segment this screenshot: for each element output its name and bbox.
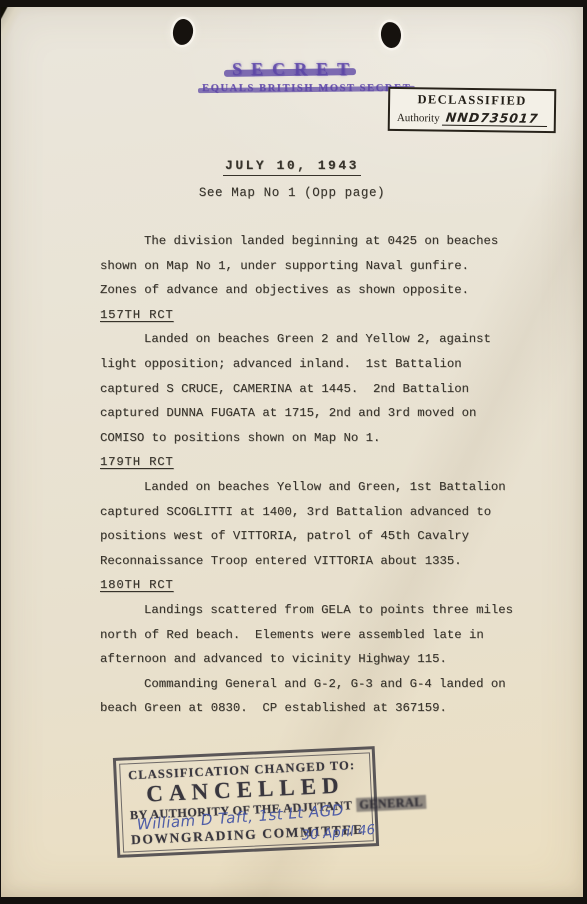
text-line: north of Red beach. Elements were assemb… [100, 623, 530, 648]
cancelled-stamp-inner-border: CLASSIFICATION CHANGED TO: CANCELLED BY … [119, 752, 374, 852]
text-line: positions west of VITTORIA, patrol of 45… [100, 524, 530, 549]
cancelled-stamp: CLASSIFICATION CHANGED TO: CANCELLED BY … [113, 746, 379, 858]
text-line: COMISO to positions shown on Map No 1. [100, 426, 530, 451]
text-line: Landings scattered from GELA to points t… [100, 598, 530, 623]
text-line: Landed on beaches Green 2 and Yellow 2, … [100, 327, 530, 352]
body-text: The division landed beginning at 0425 on… [100, 229, 530, 721]
declassified-authority-line: Authority NND735017 [397, 109, 554, 127]
text-line: Zones of advance and objectives as shown… [100, 278, 530, 303]
text-line: captured S CRUCE, CAMERINA at 1445. 2nd … [100, 377, 530, 402]
authority-number-handwriting: NND735017 [441, 110, 548, 127]
paper-corner-fold [1, 7, 25, 51]
secret-stamp-subtitle: EQUALS BRITISH MOST SECRET [202, 83, 411, 94]
page-title: JULY 10, 1943 [223, 158, 361, 176]
punch-hole-left [171, 18, 195, 47]
text-line: captured SCOGLITTI at 1400, 3rd Battalio… [100, 500, 530, 525]
text-line: shown on Map No 1, under supporting Nava… [100, 254, 530, 279]
secret-strike-line [224, 68, 356, 77]
text-line: afternoon and advanced to vicinity Highw… [100, 647, 530, 672]
secret-stamp-word: SECRET [232, 59, 358, 80]
text-line: The division landed beginning at 0425 on… [100, 229, 530, 254]
punch-hole-right [380, 21, 403, 49]
authority-label: Authority [397, 112, 440, 125]
text-line: Landed on beaches Yellow and Green, 1st … [100, 475, 530, 500]
section-header: 157TH RCT [100, 303, 530, 328]
text-line: captured DUNNA FUGATA at 1715, 2nd and 3… [100, 401, 530, 426]
text-line: Commanding General and G-2, G-3 and G-4 … [100, 672, 530, 697]
text-line: Reconnaissance Troop entered VITTORIA ab… [100, 549, 530, 574]
text-line: light opposition; advanced inland. 1st B… [100, 352, 530, 377]
smudged-general-text: GENERAL [356, 794, 426, 811]
document-page: SECRET EQUALS BRITISH MOST SECRET DECLAS… [1, 7, 583, 897]
page-subtitle: See Map No 1 (Opp page) [199, 186, 385, 200]
section-header: 180TH RCT [100, 573, 530, 598]
section-header: 179TH RCT [100, 450, 530, 475]
declassified-title: DECLASSIFIED [390, 92, 554, 109]
text-line: beach Green at 0830. CP established at 3… [100, 696, 530, 721]
declassified-stamp: DECLASSIFIED Authority NND735017 [388, 87, 557, 133]
